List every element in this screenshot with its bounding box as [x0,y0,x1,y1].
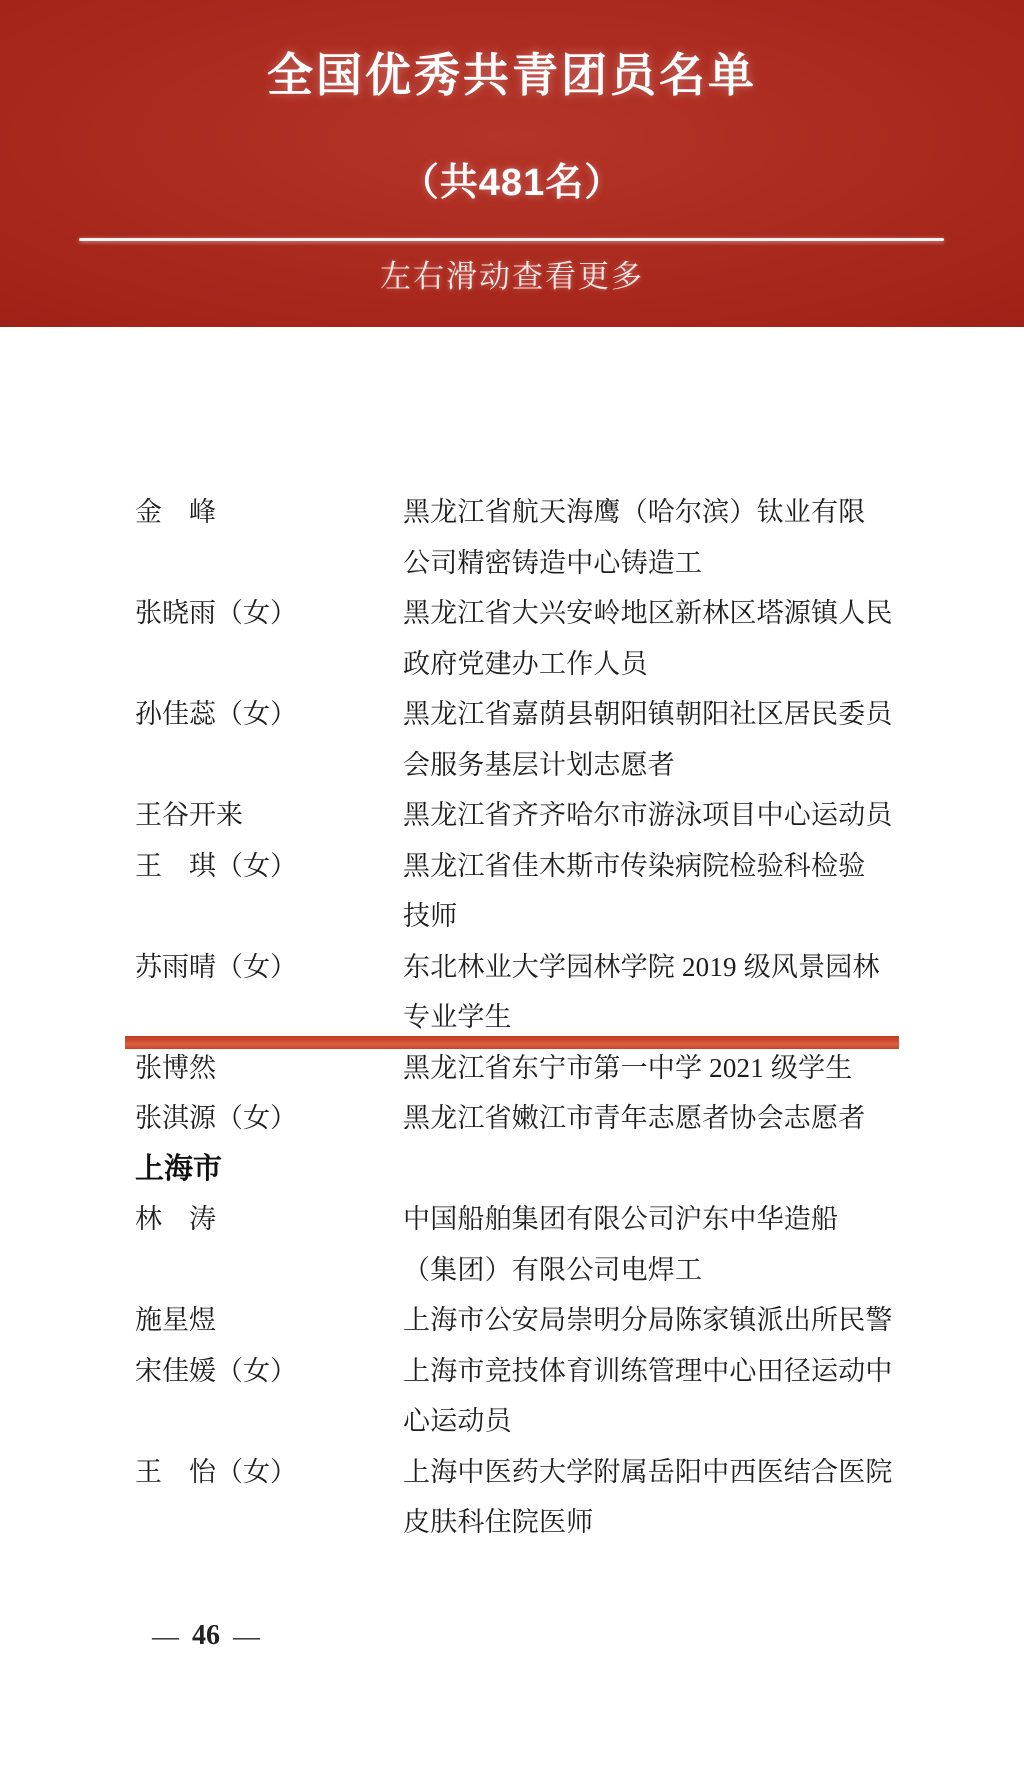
member-row: 王 怡（女）上海中医药大学附属岳阳中西医结合医院皮肤科住院医师 [135,1447,1024,1548]
swipe-hint: 左右滑动查看更多 [0,261,1024,294]
section-header: 上海市 [135,1144,1024,1195]
desc-line: 会服务基层计划志愿者 [403,740,913,791]
member-desc: 黑龙江省大兴安岭地区新林区塔源镇人民政府党建办工作人员 [403,588,913,689]
member-list[interactable]: 金 峰黑龙江省航天海鹰（哈尔滨）钛业有限公司精密铸造中心铸造工张晓雨（女）黑龙江… [0,327,1024,1548]
desc-line: 东北林业大学园林学院 2019 级风景园林 [403,942,913,993]
desc-line: 公司精密铸造中心铸造工 [403,538,913,589]
member-desc: 黑龙江省航天海鹰（哈尔滨）钛业有限公司精密铸造中心铸造工 [403,487,913,588]
member-desc: 黑龙江省东宁市第一中学 2021 级学生 [403,1043,913,1094]
member-desc: 上海市竞技体育训练管理中心田径运动中心运动员 [403,1346,913,1447]
footer-dash-left: — [152,1623,179,1650]
member-desc: 上海市公安局崇明分局陈家镇派出所民警 [403,1295,913,1346]
desc-line: 皮肤科住院医师 [403,1497,913,1548]
page-title: 全国优秀共青团员名单 [0,52,1024,98]
member-desc: 黑龙江省佳木斯市传染病院检验科检验技师 [403,841,913,942]
desc-line: 政府党建办工作人员 [403,639,913,690]
desc-line: 黑龙江省嫩江市青年志愿者协会志愿者 [403,1093,913,1144]
desc-line: 黑龙江省大兴安岭地区新林区塔源镇人民 [403,588,913,639]
member-name: 张博然 [135,1043,403,1094]
member-row: 张晓雨（女）黑龙江省大兴安岭地区新林区塔源镇人民政府党建办工作人员 [135,588,1024,689]
desc-line: 黑龙江省佳木斯市传染病院检验科检验 [403,841,913,892]
member-row: 张博然黑龙江省东宁市第一中学 2021 级学生 [135,1043,1024,1094]
desc-line: 上海中医药大学附属岳阳中西医结合医院 [403,1447,913,1498]
desc-line: 中国船舶集团有限公司沪东中华造船 [403,1194,913,1245]
member-name: 王 怡（女） [135,1447,403,1498]
member-name: 张淇源（女） [135,1093,403,1144]
member-row: 金 峰黑龙江省航天海鹰（哈尔滨）钛业有限公司精密铸造中心铸造工 [135,487,1024,588]
footer-dash-right: — [233,1623,260,1650]
member-name: 苏雨晴（女） [135,942,403,993]
desc-line: （集团）有限公司电焊工 [403,1245,913,1296]
member-desc: 黑龙江省嘉荫县朝阳镇朝阳社区居民委员会服务基层计划志愿者 [403,689,913,790]
divider-line [79,238,944,241]
page-number: 46 [192,1622,220,1650]
desc-line: 上海市公安局崇明分局陈家镇派出所民警 [403,1295,913,1346]
member-name: 林 涛 [135,1194,403,1245]
member-row: 孙佳蕊（女）黑龙江省嘉荫县朝阳镇朝阳社区居民委员会服务基层计划志愿者 [135,689,1024,790]
member-name: 孙佳蕊（女） [135,689,403,740]
member-name: 宋佳媛（女） [135,1346,403,1397]
member-row: 林 涛中国船舶集团有限公司沪东中华造船（集团）有限公司电焊工 [135,1194,1024,1295]
desc-line: 上海市竞技体育训练管理中心田径运动中 [403,1346,913,1397]
member-name: 王谷开来 [135,790,403,841]
member-desc: 中国船舶集团有限公司沪东中华造船（集团）有限公司电焊工 [403,1194,913,1295]
desc-line: 心运动员 [403,1396,913,1447]
member-name: 王 琪（女） [135,841,403,892]
member-row: 张淇源（女）黑龙江省嫩江市青年志愿者协会志愿者 [135,1093,1024,1144]
page-footer: — 46 — [152,1622,260,1650]
hero-banner: 全国优秀共青团员名单 （共481名） 左右滑动查看更多 [0,0,1024,327]
member-row: 苏雨晴（女）东北林业大学园林学院 2019 级风景园林专业学生 [135,942,1024,1043]
desc-line: 黑龙江省齐齐哈尔市游泳项目中心运动员 [403,790,913,841]
desc-line: 技师 [403,891,913,942]
member-name: 施星煜 [135,1295,403,1346]
member-desc: 黑龙江省嫩江市青年志愿者协会志愿者 [403,1093,913,1144]
desc-line: 黑龙江省东宁市第一中学 2021 级学生 [403,1043,913,1094]
member-row: 施星煜上海市公安局崇明分局陈家镇派出所民警 [135,1295,1024,1346]
member-desc: 黑龙江省齐齐哈尔市游泳项目中心运动员 [403,790,913,841]
document-page: 全国优秀共青团员名单 （共481名） 左右滑动查看更多 金 峰黑龙江省航天海鹰（… [0,0,1024,1773]
member-name: 金 峰 [135,487,403,538]
desc-line: 黑龙江省航天海鹰（哈尔滨）钛业有限 [403,487,913,538]
desc-line: 黑龙江省嘉荫县朝阳镇朝阳社区居民委员 [403,689,913,740]
member-desc: 上海中医药大学附属岳阳中西医结合医院皮肤科住院医师 [403,1447,913,1548]
member-row: 王谷开来黑龙江省齐齐哈尔市游泳项目中心运动员 [135,790,1024,841]
member-row: 宋佳媛（女）上海市竞技体育训练管理中心田径运动中心运动员 [135,1346,1024,1447]
member-row: 王 琪（女）黑龙江省佳木斯市传染病院检验科检验技师 [135,841,1024,942]
member-name: 张晓雨（女） [135,588,403,639]
member-desc: 东北林业大学园林学院 2019 级风景园林专业学生 [403,942,913,1043]
member-count: （共481名） [0,163,1024,205]
